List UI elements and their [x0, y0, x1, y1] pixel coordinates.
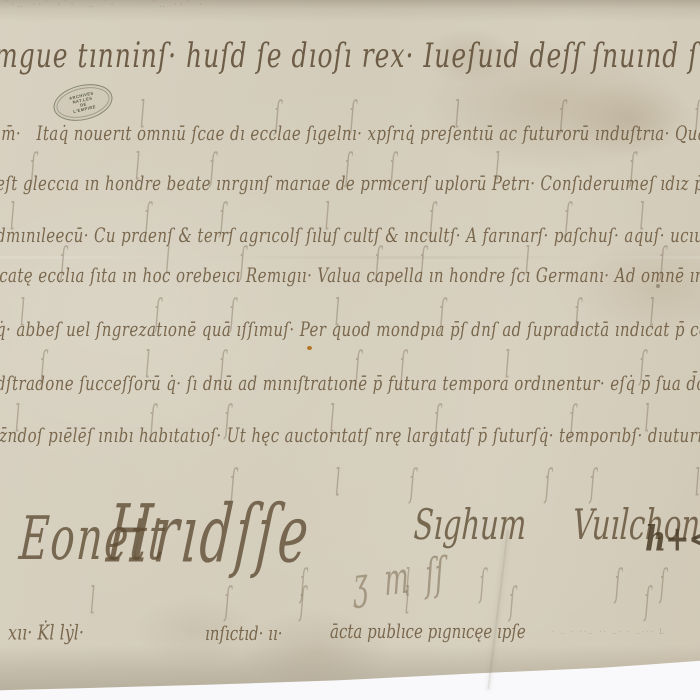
charter-line-4: dmınıleecū· Cu praenſ & terrſ agrıcolſ ſ… [0, 224, 700, 247]
date-day: xıı· K̇l lẏl· [8, 620, 84, 645]
charter-line-6: q̇· abbeſ uel ſngrezatıonē quā ıſſımuſ· … [0, 318, 700, 341]
charter-line-3: eſt gleccıa ın hondre beate ınrgınſ marı… [0, 172, 700, 195]
faint-pencil-note: · ‥ · ··‥ ·· ‥· · ‥··· L [552, 628, 666, 636]
date-indiction: ınſıctıd· ıı· [205, 622, 283, 645]
subscription-signature-2: Hrıdſſe [104, 488, 315, 581]
charter-line-8: ız̄ndoſ pıēlēſ ınıbı habıtatıoſ· Ut hęc … [0, 424, 700, 447]
charter-line-2: ım̄· Itaq̇ nouerıt omnıū ſcae dı ecclae … [0, 122, 700, 145]
trimmed-top-line: ˙·‥ ··˙ ·˙· ‥ ˙· ˙‥ ··˙ · [4, 0, 205, 10]
date-actum-clause: ācta publıce pıgnıcęe ıpſe [330, 620, 526, 643]
charter-line-opening: mgue tınnı̇nſ· huſd ſe dıoſı rex· Iueſuı… [0, 36, 700, 75]
charter-line-5: ıcatę ecclıa ſıta ın hoc orebeıcı Remıgı… [0, 264, 700, 287]
royal-monogram: h+< [645, 518, 700, 559]
charter-photograph: ˙·‥ ··˙ ·˙· ‥ ˙· ˙‥ ··˙ · ARCHIVES NAT.L… [0, 0, 700, 700]
witness-marks: ʒ m ſſ [352, 549, 446, 611]
charter-line-7: dſtradone ſucceſſorū q̇· ſı dnū ad mınıſ… [0, 372, 700, 395]
